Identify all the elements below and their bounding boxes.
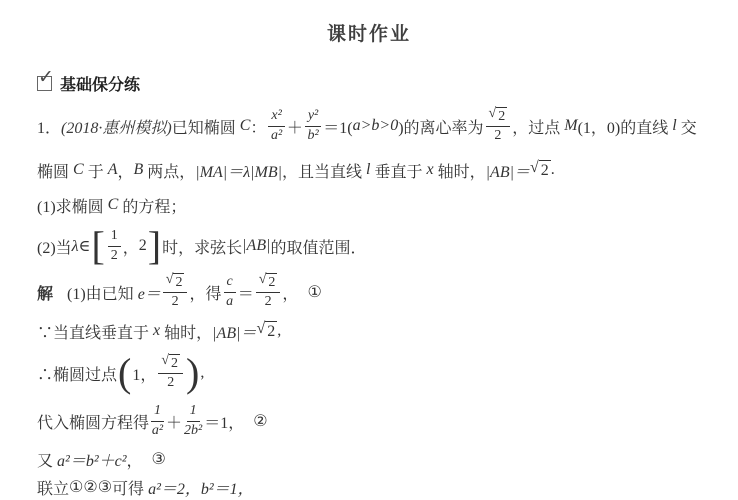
solution-label: 解 xyxy=(37,281,53,304)
right-paren: ) xyxy=(186,358,199,388)
fraction-denominator: a xyxy=(226,293,233,311)
text-run: 交 xyxy=(677,115,697,138)
fraction-denominator: 2 xyxy=(111,247,118,265)
equation-tag-3: ③ xyxy=(152,449,166,469)
fraction-numerator: 1 xyxy=(151,403,164,422)
text-run: 的取值范围． xyxy=(270,235,366,258)
text-run: (1，0)的直线 xyxy=(578,115,673,138)
text-run: ∵当直线垂直于 xyxy=(37,320,153,343)
radical-sign-icon: √ xyxy=(161,353,169,368)
checkmark-icon: ✓ xyxy=(38,68,54,87)
math-run: |AB|＝ xyxy=(486,159,530,182)
math-run: a²＝b²＋c² xyxy=(57,448,127,471)
text-run: , xyxy=(277,322,281,340)
fraction-numerator: y² xyxy=(305,108,321,127)
question-2-line: (2)当 λ∈ [ 1 2 ， 2 ] 时，求弦长 |AB| 的取值范围． xyxy=(37,222,720,270)
fraction: 1 2b² xyxy=(184,403,202,440)
text-run: 两点， xyxy=(143,159,195,182)
fraction-numerator: 1 xyxy=(187,403,200,422)
equation-tag-1: ① xyxy=(307,282,321,302)
text-run: ， xyxy=(282,281,298,304)
fraction: 1 2 xyxy=(108,228,121,265)
fraction: x² a² xyxy=(268,108,284,145)
text-run: 已知椭圆 xyxy=(172,115,240,138)
fraction: c a xyxy=(224,274,236,311)
math-var: C xyxy=(240,117,251,135)
text-run: . xyxy=(551,161,555,179)
left-paren: ( xyxy=(118,358,131,388)
problem-line-2: 椭圆 C 于 A ， B 两点， |MA|＝λ|MB| ，且当直线 l 垂直于 … xyxy=(37,152,720,188)
fraction-denominator: 2b² xyxy=(184,422,202,440)
fraction-denominator: 2 xyxy=(167,374,174,392)
checkbox-icon: ✓ xyxy=(37,76,52,91)
right-bracket: ] xyxy=(148,231,161,261)
fraction-denominator: b² xyxy=(307,127,318,145)
sqrt-expression: √2 xyxy=(259,273,278,292)
fraction-numerator: √2 xyxy=(158,354,183,375)
fraction-numerator: c xyxy=(224,274,236,293)
text-run: ，得 xyxy=(189,281,221,304)
fraction-numerator: √2 xyxy=(256,273,281,294)
radicand: 2 xyxy=(496,107,507,126)
text-run: 椭圆 xyxy=(37,159,73,182)
radicand: 2 xyxy=(539,160,551,181)
problem-source: (2018·惠州模拟) xyxy=(61,115,172,138)
text-run: ＝1( xyxy=(323,115,352,138)
worksheet-page: 课时作业 ✓ 基础保分练 1． (2018·惠州模拟) 已知椭圆 C ： x² … xyxy=(0,0,738,500)
text-run: ＝ xyxy=(238,281,254,304)
radical-sign-icon: √ xyxy=(166,272,174,287)
text-run: ＋ xyxy=(166,410,182,433)
text-run: ∴椭圆过点 xyxy=(37,362,117,385)
solution-line-1: 解 (1)由已知 e＝ √2 2 ，得 c a ＝ √2 2 ， ① xyxy=(37,270,720,314)
text-run: (2)当 xyxy=(37,235,72,258)
text-run: , xyxy=(200,364,204,382)
fraction-denominator: 2 xyxy=(494,127,501,145)
solution-line-2: ∵当直线垂直于 x 轴时， |AB|＝ √2 , xyxy=(37,314,720,348)
text-run: 轴时， xyxy=(434,159,486,182)
sqrt-expression: √2 xyxy=(257,321,278,342)
sqrt-expression: √2 xyxy=(166,273,185,292)
math-run: |AB|＝ xyxy=(212,320,256,343)
math-var: M xyxy=(564,117,577,135)
sqrt-expression: √2 xyxy=(161,354,180,373)
fraction-numerator: 1 xyxy=(108,228,121,247)
fraction-denominator: a² xyxy=(152,422,163,440)
text-run: 可得 xyxy=(112,476,148,499)
math-run: |AB| xyxy=(242,237,270,255)
text-run: ， xyxy=(127,448,143,471)
text-run: (1)求椭圆 xyxy=(37,194,108,217)
problem-line-1: 1． (2018·惠州模拟) 已知椭圆 C ： x² a² ＋ y² b² ＝1… xyxy=(37,100,720,152)
fraction-denominator: 2 xyxy=(172,293,179,311)
math-run: a²＝2，b²＝1， xyxy=(148,476,254,499)
math-var: x xyxy=(427,161,434,179)
equation-tags: ①②③ xyxy=(69,477,112,497)
document-content: 1． (2018·惠州模拟) 已知椭圆 C ： x² a² ＋ y² b² ＝1… xyxy=(37,100,720,500)
text-run: ： xyxy=(250,115,266,138)
equation-tag-2: ② xyxy=(253,411,267,431)
radicand: 2 xyxy=(169,354,180,373)
text-run: 联立 xyxy=(37,476,69,499)
radicand: 2 xyxy=(266,273,277,292)
fraction-denominator: a² xyxy=(271,127,282,145)
problem-number: 1． xyxy=(37,115,61,138)
fraction: √2 2 xyxy=(256,273,281,311)
text-run: 垂直于 xyxy=(371,159,427,182)
fraction-numerator: √2 xyxy=(163,273,188,294)
radical-sign-icon: √ xyxy=(530,159,539,177)
math-run: λ∈ xyxy=(72,236,91,256)
text-run: ， xyxy=(123,235,139,258)
fraction: y² b² xyxy=(305,108,321,145)
solution-line-5: 又 a²＝b²＋c² ， ③ xyxy=(37,444,720,474)
text-run: 2 xyxy=(139,237,147,255)
sqrt-expression: √2 xyxy=(489,107,508,126)
solution-line-4: 代入椭圆方程得 1 a² ＋ 1 2b² ＝1， ② xyxy=(37,398,720,444)
fraction: √2 2 xyxy=(486,107,511,145)
math-var: A xyxy=(108,161,118,179)
text-run: 又 xyxy=(37,448,57,471)
fraction-numerator: √2 xyxy=(486,107,511,128)
left-bracket: [ xyxy=(91,231,104,261)
sqrt-expression: √2 xyxy=(530,160,551,181)
text-run: ＋ xyxy=(287,115,303,138)
fraction: √2 2 xyxy=(163,273,188,311)
radicand: 2 xyxy=(265,321,277,342)
math-var: C xyxy=(73,161,84,179)
question-1-line: (1)求椭圆 C 的方程； xyxy=(37,188,720,222)
text-run: 1， xyxy=(132,362,156,385)
math-var: x xyxy=(153,322,160,340)
text-run: ， xyxy=(117,159,133,182)
text-run: 的方程； xyxy=(118,194,186,217)
radical-sign-icon: √ xyxy=(257,320,266,338)
math-run: e＝ xyxy=(138,281,161,304)
page-title: 课时作业 xyxy=(0,0,738,46)
fraction: √2 2 xyxy=(158,354,183,392)
fraction-numerator: x² xyxy=(268,108,284,127)
solution-line-3: ∴椭圆过点 ( 1， √2 2 ) , xyxy=(37,348,720,398)
text-run: )的离心率为 xyxy=(398,115,483,138)
radical-sign-icon: √ xyxy=(259,272,267,287)
text-run: (1)由已知 xyxy=(67,281,138,304)
fraction: 1 a² xyxy=(151,403,164,440)
text-run: ，过点 xyxy=(512,115,564,138)
math-run: a>b>0 xyxy=(353,117,399,135)
solution-line-6: 联立 ①②③ 可得 a²＝2，b²＝1， xyxy=(37,474,720,500)
text-run: 时，求弦长 xyxy=(162,235,242,258)
section-header: ✓ 基础保分练 xyxy=(37,72,738,95)
text-run: 代入椭圆方程得 xyxy=(37,410,149,433)
fraction-denominator: 2 xyxy=(265,293,272,311)
math-var: B xyxy=(134,161,144,179)
math-var: C xyxy=(108,196,119,214)
text-run: 轴时， xyxy=(160,320,212,343)
text-run: ，且当直线 xyxy=(282,159,366,182)
math-run: |MA|＝λ|MB| xyxy=(195,159,282,182)
radicand: 2 xyxy=(173,273,184,292)
section-label: 基础保分练 xyxy=(60,72,140,95)
text-run: 于 xyxy=(84,159,108,182)
radical-sign-icon: √ xyxy=(489,106,497,121)
text-run: ＝1， xyxy=(204,410,244,433)
